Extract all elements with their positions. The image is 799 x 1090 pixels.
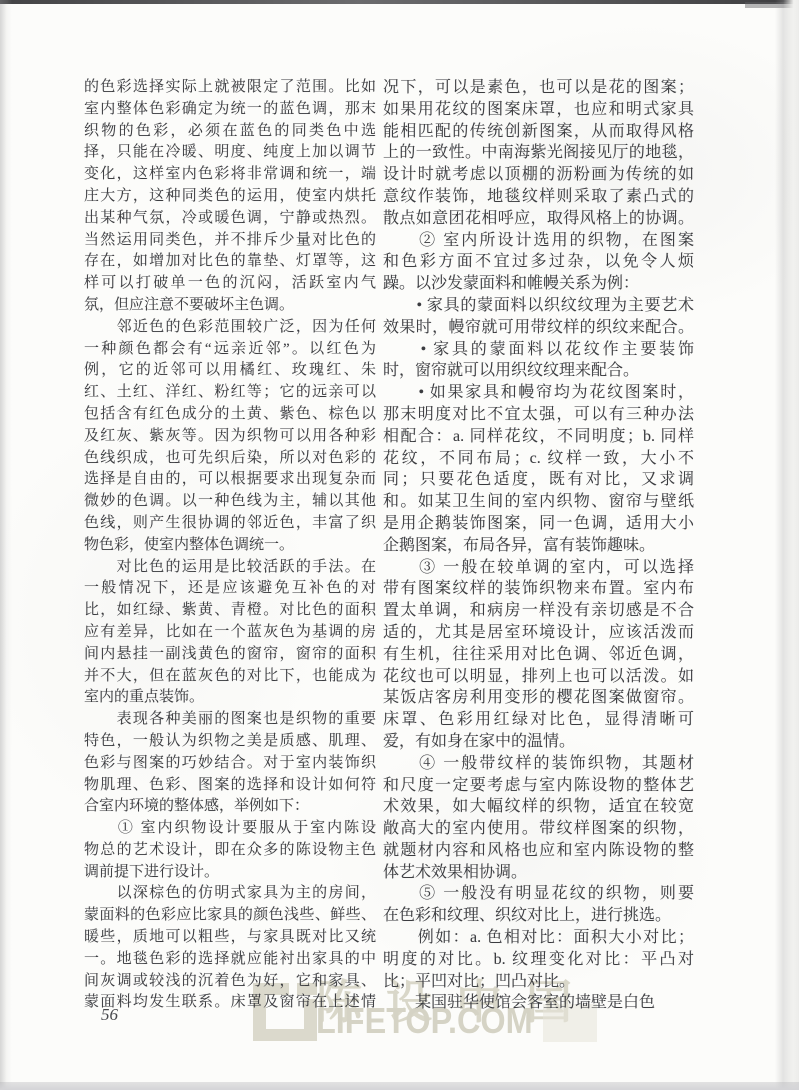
text-line: 一。地毯色彩的选择就应能衬出家具的中 — [84, 949, 376, 971]
text-line: 相配合：a. 同样花纹，不同明度；b. 同样 — [383, 426, 694, 448]
text-line: 间内悬挂一副浅黄色的窗帘，窗帘的面积 — [84, 644, 376, 666]
text-line: 的色彩选择实际上就被限定了范围。比如 — [84, 77, 376, 99]
text-line: 暖些，质地可以粗些，与家具既对比又统 — [84, 927, 376, 949]
text-line: 调前提下进行设计。 — [84, 862, 376, 884]
text-line: 色线，则产生很协调的邻近色，丰富了织 — [84, 513, 376, 535]
text-line: 择，只能在冷暖、明度、纯度上加以调节 — [84, 142, 376, 164]
text-line: 色线织成，也可先织后染，所以对色彩的 — [84, 448, 376, 470]
text-line: 比，如红绿、紫黄、青橙。对比色的面积 — [84, 600, 376, 622]
text-line: 如果用花纹的图案床罩，也应和明式家具 — [383, 99, 694, 121]
text-line: • 家具的蒙面料以织纹纹理为主要艺术 — [383, 295, 694, 317]
text-line: 红、土红、洋红、粉红等；它的远亲可以 — [84, 382, 376, 404]
text-line: 蒙面料的色彩应比家具的颜色浅些、鲜些、 — [84, 905, 376, 927]
text-line: 术效果，如大幅纹样的织物，适宜在较宽 — [383, 796, 694, 818]
text-line: 室内整体色彩确定为统一的蓝色调，那末 — [84, 99, 376, 121]
text-line: 床罩、色彩用红绿对比色，显得清晰可 — [383, 709, 694, 731]
text-line: 置太单调，和病房一样没有亲切感是不合 — [383, 600, 694, 622]
text-line: 那末明度对比不宜太强，可以有三种办法 — [383, 404, 694, 426]
text-line: 效果时，幔帘就可用带纹样的织纹来配合。 — [383, 317, 694, 339]
text-line: 一种颜色都会有“远亲近邻”。以红色为 — [84, 339, 376, 361]
text-line: 选择是自由的，可以根据要求出现复杂而 — [84, 469, 376, 491]
text-line: 体艺术效果相协调。 — [383, 862, 694, 884]
text-line: 包括含有红色成分的土黄、紫色、棕色以 — [84, 404, 376, 426]
text-line: 特色，一般认为织物之美是质感、肌理、 — [84, 731, 376, 753]
text-line: 微妙的色调。以一种色线为主，辅以其他 — [84, 491, 376, 513]
text-line: 散点如意团花相呼应，取得风格上的协调。 — [383, 208, 694, 230]
text-line: 上的一致性。中南海紫光阁接见厅的地毯， — [383, 142, 694, 164]
text-line: 例，它的近邻可以用橘红、玫瑰红、朱 — [84, 360, 376, 382]
text-line: ④ 一般带纹样的装饰织物，其题材 — [383, 753, 694, 775]
text-line: 能相匹配的传统创新图案，从而取得风格 — [383, 121, 694, 143]
left-text-column: 的色彩选择实际上就被限定了范围。比如室内整体色彩确定为统一的蓝色调，那末织物的色… — [84, 77, 376, 1014]
text-line: • 如果家具和幔帘均为花纹图案时， — [383, 382, 694, 404]
text-line: 有生机，往往采用对比色调、邻近色调， — [383, 644, 694, 666]
text-line: 间灰调或较浅的沉着色为好，它和家具、 — [84, 971, 376, 993]
text-line: ③ 一般在较单调的室内，可以选择 — [383, 557, 694, 579]
text-line: 一般情况下，还是应该避免互补色的对 — [84, 578, 376, 600]
text-line: ② 室内所设计选用的织物，在图案 — [383, 230, 694, 252]
text-line: 带有图案纹样的装饰织物来布置。室内布 — [383, 578, 694, 600]
text-line: 织物的色彩，必须在蓝色的同类色中选 — [84, 121, 376, 143]
text-line: 就题材内容和风格也应和室内陈设物的整 — [383, 840, 694, 862]
text-line: 并不大，但在蓝灰色的对比下，也能成为 — [84, 666, 376, 688]
right-text-column: 况下，可以是素色，也可以是花的图案；如果用花纹的图案床罩，也应和明式家具能相匹配… — [383, 77, 694, 1014]
text-line: 物总的艺术设计，即在众多的陈设物主色 — [84, 840, 376, 862]
text-line: 存在，如增加对比色的靠垫、灯罩等，这 — [84, 251, 376, 273]
text-line: 当然运用同类色，并不排斥少量对比色的 — [84, 230, 376, 252]
text-line: 某国驻华使馆会客室的墙壁是白色 — [383, 992, 694, 1014]
text-line: 企鹅图案，布局各异，富有装饰趣味。 — [383, 535, 694, 557]
text-line: 敞高大的室内使用。带纹样图案的织物， — [383, 818, 694, 840]
text-line: ⑤ 一般没有明显花纹的织物，则要 — [383, 883, 694, 905]
text-line: 爱，有如身在家中的温情。 — [383, 731, 694, 753]
text-line: 明度的对比。b. 纹理变化对比：平凸对 — [383, 949, 694, 971]
text-line: 同；只要花色适度，既有对比，又求调 — [383, 469, 694, 491]
text-line: 样可以打破单一色的沉闷，活跃室内气 — [84, 273, 376, 295]
text-line: 应有差异，比如在一个蓝灰色为基调的房 — [84, 622, 376, 644]
text-line: 室内的重点装饰。 — [84, 687, 376, 709]
text-line: 对比色的运用是比较活跃的手法。在 — [84, 557, 376, 579]
text-line: • 家具的蒙面料以花纹作主要装饰 — [383, 339, 694, 361]
text-line: 和。如某卫生间的室内织物、窗帘与壁纸 — [383, 491, 694, 513]
text-line: 某饭店客房利用变形的樱花图案做窗帘。 — [383, 687, 694, 709]
text-line: 比；平凹对比；凹凸对比。 — [383, 971, 694, 993]
text-line: 适的，尤其是居室环境设计，应该活泼而 — [383, 622, 694, 644]
text-line: 和尺度一定要考虑与室内陈设物的整体艺 — [383, 775, 694, 797]
text-line: 邻近色的色彩范围较广泛，因为任何 — [84, 317, 376, 339]
text-line: 意纹作装饰，地毯纹样则采取了素凸式的 — [383, 186, 694, 208]
text-line: 时，窗帘就可以用织纹纹理来配合。 — [383, 360, 694, 382]
text-line: 躁。以沙发蒙面料和帷幔关系为例： — [383, 273, 694, 295]
text-line: 物肌理、色彩、图案的选择和设计如何符 — [84, 775, 376, 797]
text-line: 变化，这样室内色彩将非常调和统一，端 — [84, 164, 376, 186]
text-line: ① 室内织物设计要服从于室内陈设 — [84, 818, 376, 840]
text-line: 况下，可以是素色，也可以是花的图案； — [383, 77, 694, 99]
text-line: 花纹也可以明显，排列上也可以活泼。如 — [383, 666, 694, 688]
text-line: 是用企鹅装饰图案，同一色调，适用大小 — [383, 513, 694, 535]
text-line: 蒙面料均发生联系。床罩及窗帘在上述情 — [84, 992, 376, 1014]
text-line: 以深棕色的仿明式家具为主的房间， — [84, 883, 376, 905]
text-line: 及红灰、紫灰等。因为织物可以用各种彩 — [84, 426, 376, 448]
text-line: 花纹，不同布局；c. 纹样一致，大小不 — [383, 448, 694, 470]
page-number: 56 — [101, 1005, 118, 1025]
scanned-page: 陈设中国 LIFETOP.COM 的色彩选择实际上就被限定了范围。比如室内整体色… — [0, 0, 799, 1090]
text-line: 在色彩和纹理、织纹对比上，进行挑选。 — [383, 905, 694, 927]
text-line: 合室内环境的整体感，举例如下： — [84, 796, 376, 818]
text-line: 氛，但应注意不要破坏主色调。 — [84, 295, 376, 317]
text-line: 和色彩方面不宜过多过杂，以免令人烦 — [383, 251, 694, 273]
text-line: 设计时就考虑以顶棚的沥粉画为传统的如 — [383, 164, 694, 186]
text-line: 色彩与图案的巧妙结合。对于室内装饰织 — [84, 753, 376, 775]
text-line: 例如：a. 色相对比：面积大小对比； — [383, 927, 694, 949]
text-line: 表现各种美丽的图案也是织物的重要 — [84, 709, 376, 731]
text-line: 出某种气氛，冷或暖色调，宁静或热烈。 — [84, 208, 376, 230]
text-line: 物色彩，使室内整体色调统一。 — [84, 535, 376, 557]
text-line: 庄大方，这种同类色的运用，使室内烘托 — [84, 186, 376, 208]
